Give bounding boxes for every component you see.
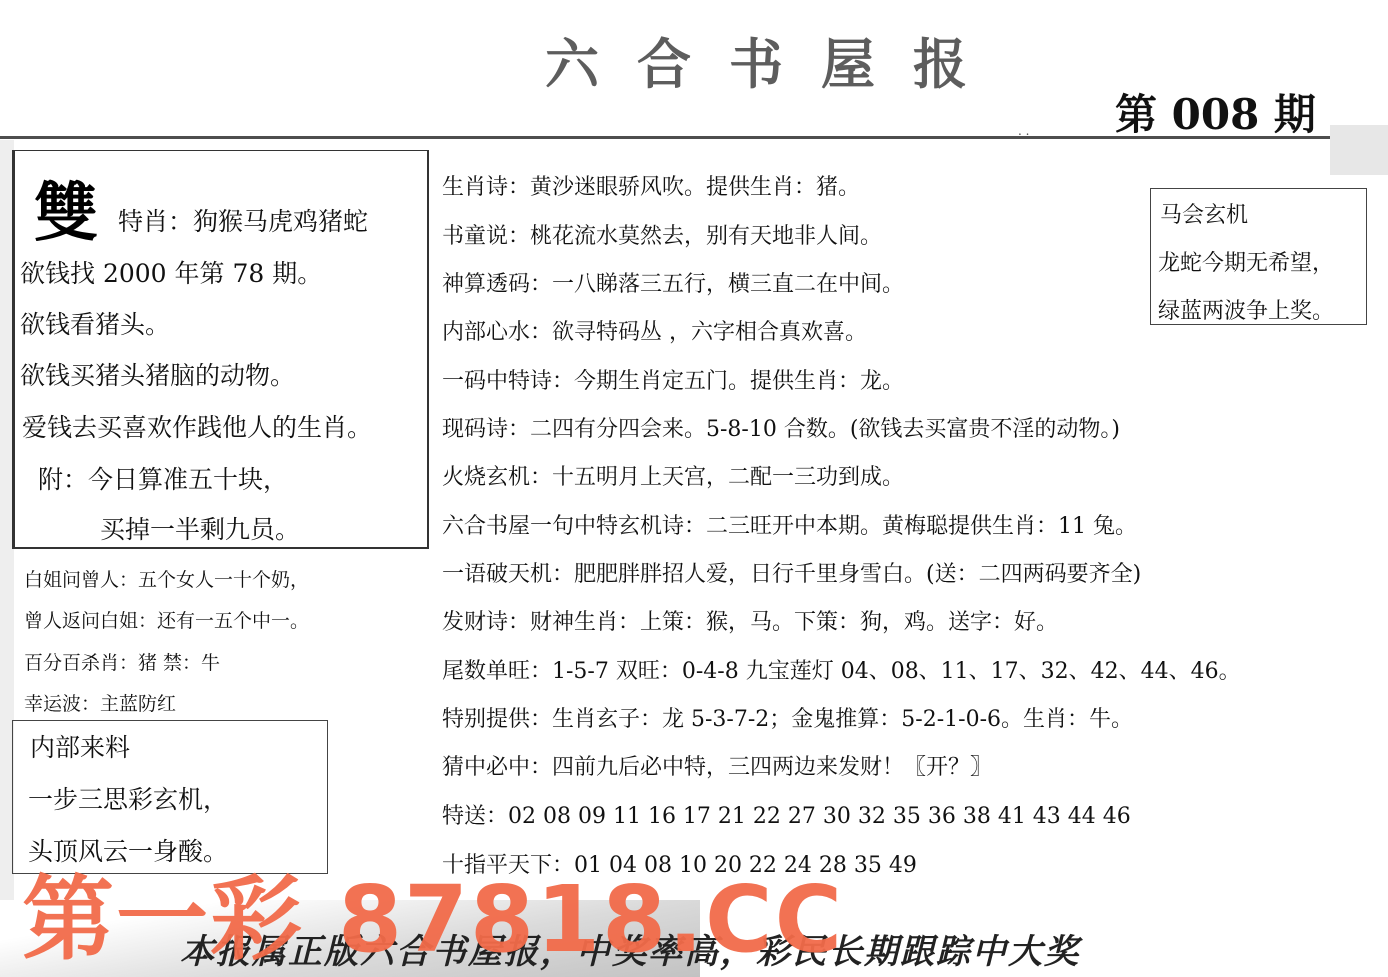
inside-info-title: 内部来料 <box>30 728 130 764</box>
appendix-line: 附：今日算准五十块， <box>38 460 288 496</box>
watermark: 第一彩 87818.CC <box>22 846 844 977</box>
divine-code: 神算透码：一八睇落三五行，横三直二在中间。 <box>442 267 904 298</box>
fortune-poem: 发财诗：财神生肖：上策：猴，马。下策：狗，鸡。送字：好。 <box>442 605 1058 636</box>
left-line: 爱钱去买喜欢作践他人的生肖。 <box>22 408 372 444</box>
one-phrase: 一语破天机：肥肥胖胖招人爱，日行千里身雪白。(送：二四两码要齐全) <box>442 557 1141 588</box>
bookhouse-poem: 六合书屋一句中特玄机诗：二三旺开中本期。黄梅聪提供生肖：11 兔。 <box>442 509 1137 540</box>
scan-shade-corner <box>1330 125 1388 175</box>
zodiac-poem: 生肖诗：黄沙迷眼骄风吹。提供生肖：猪。 <box>442 170 860 201</box>
lucky-wave-line: 幸运波：主蓝防红 <box>24 689 176 716</box>
inside-info-line: 一步三思彩玄机， <box>28 780 228 816</box>
special-offer-line: 特别提供：生肖玄子：龙 5-3-7-2；金鬼推算：5-2-1-0-6。生肖：牛。 <box>442 702 1133 733</box>
jockey-club-title: 马会玄机 <box>1160 198 1248 229</box>
left-line: 欲钱找 2000 年第 78 期。 <box>20 254 322 290</box>
jockey-club-line: 绿蓝两波争上奖。 <box>1158 294 1334 325</box>
jockey-club-line: 龙蛇今期无希望， <box>1158 246 1334 277</box>
show-code-poem: 现码诗：二四有分四会来。5-8-10 合数。(欲钱去买富贵不淫的动物。) <box>442 412 1120 443</box>
appendix-line: 买掉一半剩九员。 <box>100 510 300 546</box>
riddle-line: 白姐问曾人：五个女人一十个奶， <box>24 565 309 592</box>
left-line: 欲钱买猪头猪脑的动物。 <box>20 356 295 392</box>
header-divider <box>0 136 1330 139</box>
inside-tip: 内部心水：欲寻特码丛 ，六字相合真欢喜。 <box>442 315 867 346</box>
newspaper-title: 六合书屋报 <box>545 22 1005 99</box>
left-line: 欲钱看猪头。 <box>20 305 170 341</box>
riddle-line: 曾人返问白姐：还有一五个中一。 <box>24 606 309 633</box>
guess-line: 猜中必中：四前九后必中特，三四两边来发财！〖开？〗 <box>442 750 992 781</box>
one-code-poem: 一码中特诗：今期生肖定五门。提供生肖：龙。 <box>442 364 904 395</box>
kill-zodiac-line: 百分百杀肖：猪 禁：牛 <box>24 648 220 675</box>
tail-number-line: 尾数单旺：1-5-7 双旺：0-4-8 九宝莲灯 04、08、11、17、32、… <box>442 654 1241 685</box>
big-character: 雙 <box>34 162 98 254</box>
fire-mystery: 火烧玄机：十五明月上天宫，二配一三功到成。 <box>442 460 904 491</box>
special-numbers-line: 特送：02 08 09 11 16 17 21 22 27 30 32 35 3… <box>442 799 1131 830</box>
special-zodiac-line: 特肖：狗猴马虎鸡猪蛇 <box>118 202 368 238</box>
issue-number: 第 008 期 <box>1115 82 1316 142</box>
book-boy-says: 书童说：桃花流水莫然去，别有天地非人间。 <box>442 219 882 250</box>
